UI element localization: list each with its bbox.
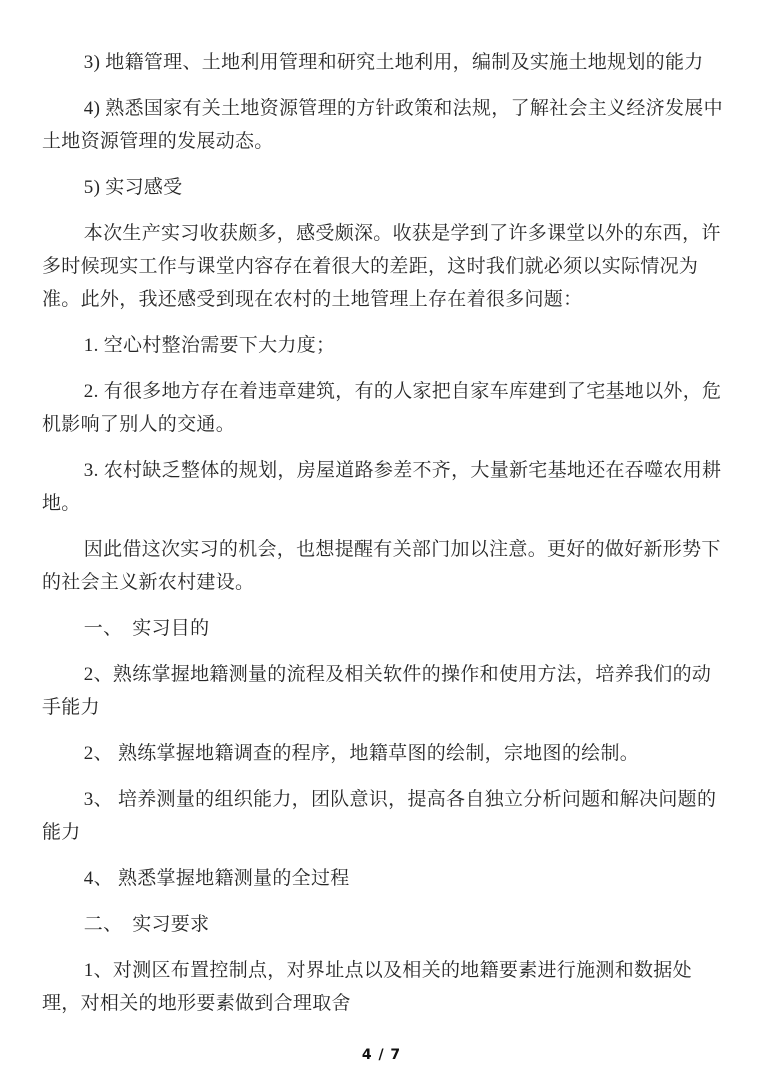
list-item: 2、 熟练掌握地籍调查的程序，地籍草图的绘制，宗地图的绘制。 (42, 737, 723, 770)
list-item: 1. 空心村整治需要下大力度； (42, 329, 723, 362)
list-item: 5) 实习感受 (42, 171, 723, 204)
list-item: 3) 地籍管理、土地利用管理和研究土地利用，编制及实施土地规划的能力 (42, 46, 723, 79)
list-item: 3. 农村缺乏整体的规划，房屋道路参差不齐，大量新宅基地还在吞噬农用耕地。 (42, 454, 723, 520)
page-number: 4 / 7 (362, 1047, 401, 1063)
paragraph: 本次生产实习收获颇多，感受颇深。收获是学到了许多课堂以外的东西，许多时候现实工作… (42, 217, 723, 316)
paragraph: 因此借这次实习的机会，也想提醒有关部门加以注意。更好的做好新形势下的社会主义新农… (42, 533, 723, 599)
document-page: 3) 地籍管理、土地利用管理和研究土地利用，编制及实施土地规划的能力 4) 熟悉… (0, 0, 763, 1080)
page-footer: 4 / 7 (0, 1046, 763, 1064)
section-heading: 一、 实习目的 (42, 612, 723, 645)
list-item: 1、对测区布置控制点，对界址点以及相关的地籍要素进行施测和数据处理，对相关的地形… (42, 954, 723, 1020)
page-body: 3) 地籍管理、土地利用管理和研究土地利用，编制及实施土地规划的能力 4) 熟悉… (0, 0, 763, 1020)
list-item: 3、 培养测量的组织能力，团队意识，提高各自独立分析问题和解决问题的能力 (42, 783, 723, 849)
list-item: 2. 有很多地方存在着违章建筑，有的人家把自家车库建到了宅基地以外，危机影响了别… (42, 375, 723, 441)
section-heading: 二、 实习要求 (42, 908, 723, 941)
list-item: 4) 熟悉国家有关土地资源管理的方针政策和法规，了解社会主义经济发展中土地资源管… (42, 92, 723, 158)
list-item: 4、 熟悉掌握地籍测量的全过程 (42, 862, 723, 895)
list-item: 2、熟练掌握地籍测量的流程及相关软件的操作和使用方法，培养我们的动手能力 (42, 658, 723, 724)
